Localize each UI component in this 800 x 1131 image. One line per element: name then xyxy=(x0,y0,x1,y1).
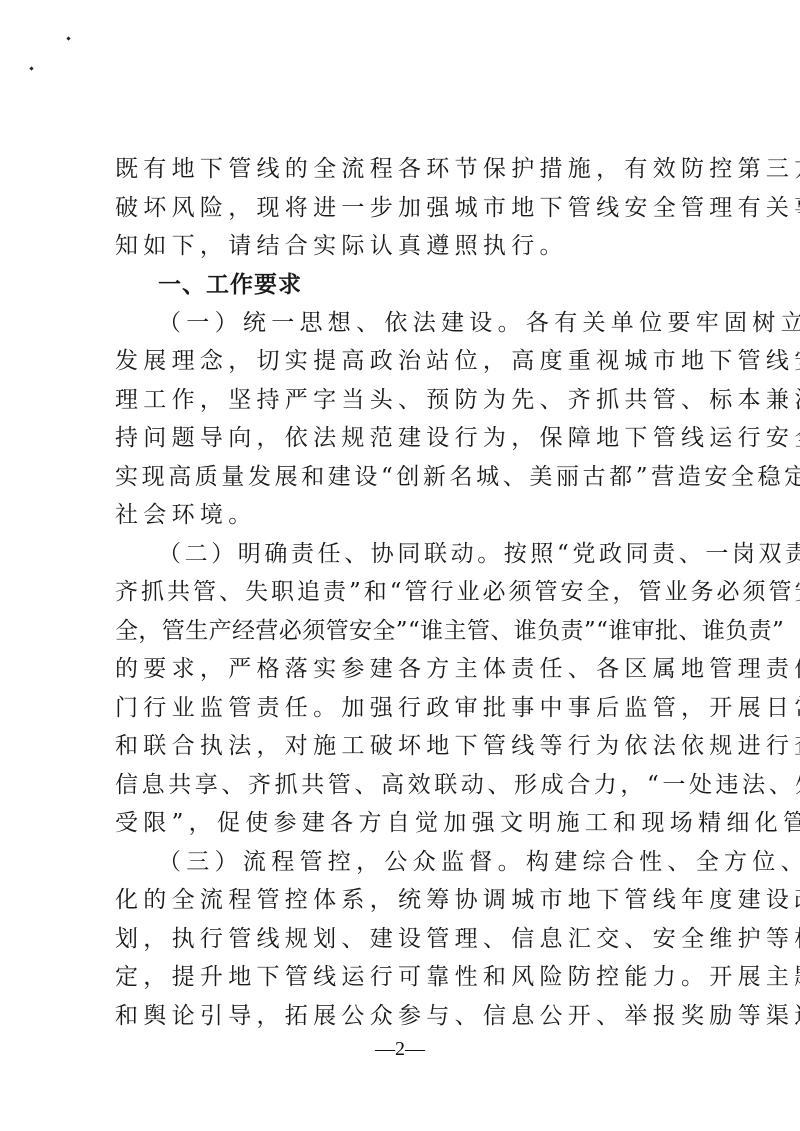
body-line: 全，管生产经营必须管安全”“谁主管、谁负责”“谁审批、谁负责” xyxy=(115,616,695,646)
body-line: 信息共享、齐抓共管、高效联动、形成合力，“一处违法、处处 xyxy=(115,770,695,800)
body-line: 和舆论引导，拓展公众参与、信息公开、举报奖励等渠道，全 xyxy=(115,1001,695,1031)
section-heading: 一、工作要求 xyxy=(158,270,738,300)
paragraph-start: （三）流程管控，公众监督。构建综合性、全方位、系统 xyxy=(158,847,738,877)
body-line: 划，执行管线规划、建设管理、信息汇交、安全维护等相关规 xyxy=(115,924,695,954)
body-line: 的要求，严格落实参建各方主体责任、各区属地管理责任、部 xyxy=(115,654,695,684)
body-line: 发展理念，切实提高政治站位，高度重视城市地下管线安全管 xyxy=(115,346,695,376)
body-line: 和联合执法，对施工破坏地下管线等行为依法依规进行查处， xyxy=(115,731,695,761)
body-line: 化的全流程管控体系，统筹协调城市地下管线年度建设改造计 xyxy=(115,885,695,915)
body-line: 持问题导向，依法规范建设行为，保障地下管线运行安全，为 xyxy=(115,423,695,453)
body-line: 实现高质量发展和建设“创新名城、美丽古都”营造安全稳定的 xyxy=(115,462,695,492)
paragraph-start: （二）明确责任、协同联动。按照“党政同责、一岗双责、 xyxy=(158,539,738,569)
body-line: 破坏风险，现将进一步加强城市地下管线安全管理有关事项通 xyxy=(115,193,695,223)
body-line: 定，提升地下管线运行可靠性和风险防控能力。开展主题宣传 xyxy=(115,962,695,992)
body-line: 既有地下管线的全流程各环节保护措施，有效防控第三方施工 xyxy=(115,154,695,184)
body-line: 知如下，请结合实际认真遵照执行。 xyxy=(115,231,695,261)
document-page: 既有地下管线的全流程各环节保护措施，有效防控第三方施工 破坏风险，现将进一步加强… xyxy=(0,0,800,1131)
paragraph-start: （一）统一思想、依法建设。各有关单位要牢固树立安全 xyxy=(158,308,738,338)
scan-mark xyxy=(66,36,70,40)
body-line: 理工作，坚持严字当头、预防为先、齐抓共管、标本兼治，坚 xyxy=(115,385,695,415)
scan-mark xyxy=(29,66,33,70)
body-line: 门行业监管责任。加强行政审批事中事后监管，开展日常检查 xyxy=(115,693,695,723)
body-line: 齐抓共管、失职追责”和“管行业必须管安全，管业务必须管安 xyxy=(115,577,695,607)
page-number: —2— xyxy=(0,1038,800,1061)
body-line: 社会环境。 xyxy=(115,500,695,530)
body-line: 受限”，促使参建各方自觉加强文明施工和现场精细化管理。 xyxy=(115,808,695,838)
